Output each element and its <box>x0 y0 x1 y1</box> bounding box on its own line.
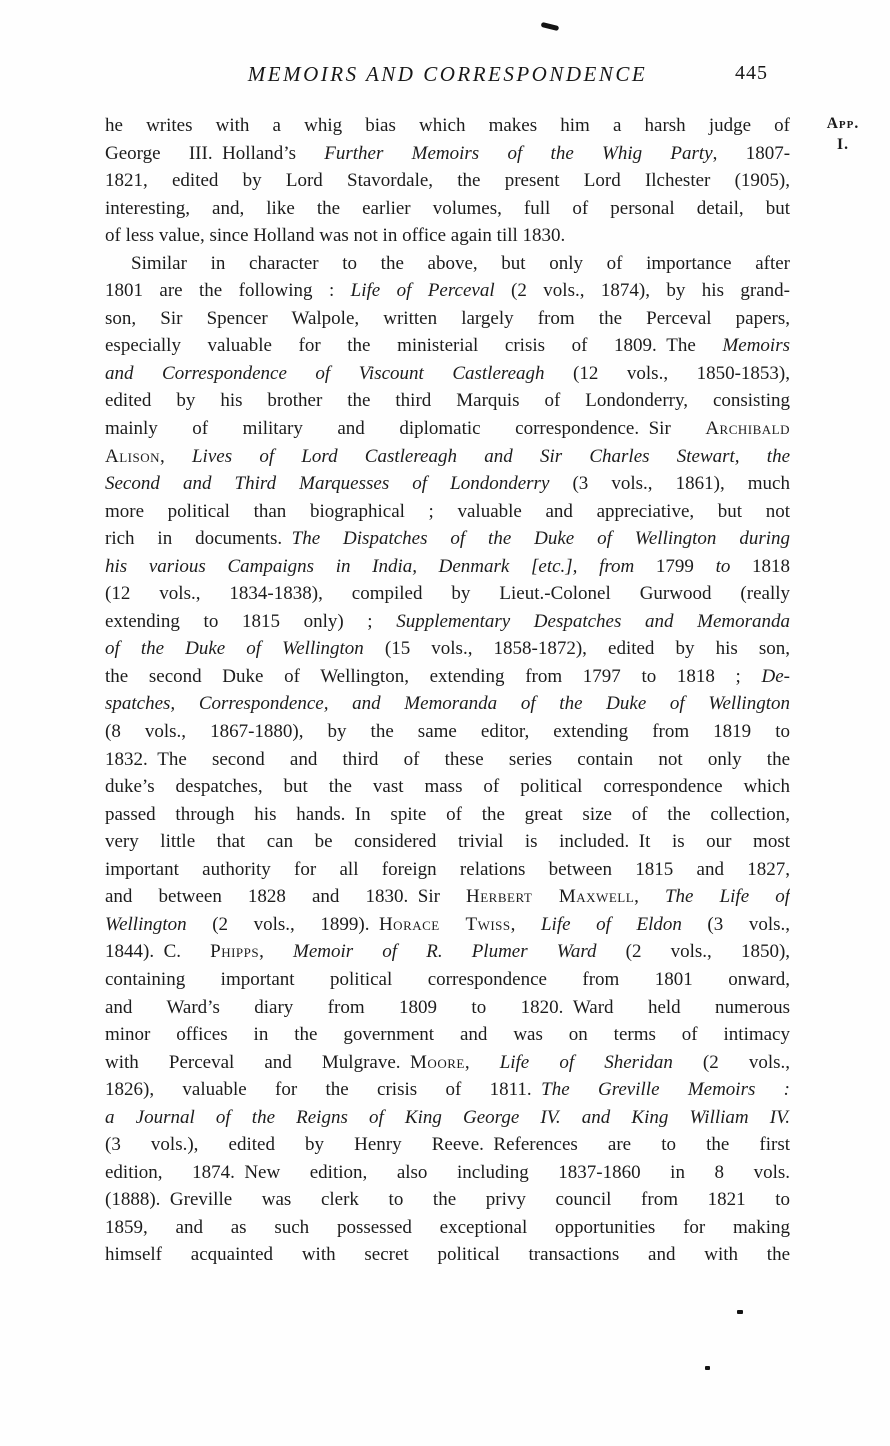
text-line: with Perceval and Mulgrave. Moore, Life … <box>105 1049 790 1077</box>
text-line: minor offices in the government and was … <box>105 1021 790 1049</box>
text-line: (1888). Greville was clerk to the privy … <box>105 1186 790 1214</box>
text-line: and Correspondence of Viscount Castlerea… <box>105 360 790 388</box>
margin-note-appendix-number: I. <box>812 134 874 155</box>
text-line: of less value, since Holland was not in … <box>105 222 790 250</box>
margin-note: App. I. <box>812 113 874 155</box>
text-line: 1832. The second and third of these seri… <box>105 746 790 774</box>
ink-smudge-mark <box>541 22 560 31</box>
text-line: spatches, Correspondence, and Memoranda … <box>105 690 790 718</box>
text-line: containing important political correspon… <box>105 966 790 994</box>
text-line: his various Campaigns in India, Denmark … <box>105 553 790 581</box>
text-line: Similar in character to the above, but o… <box>105 250 790 278</box>
page-title: MEMOIRS AND CORRESPONDENCE <box>105 62 790 87</box>
text-line: duke’s despatches, but the vast mass of … <box>105 773 790 801</box>
text-line: rich in documents. The Dispatches of the… <box>105 525 790 553</box>
text-line: edited by his brother the third Marquis … <box>105 387 790 415</box>
text-line: himself acquainted with secret political… <box>105 1241 790 1269</box>
text-line: the second Duke of Wellington, extending… <box>105 663 790 691</box>
text-line: (12 vols., 1834-1838), compiled by Lieut… <box>105 580 790 608</box>
text-line: passed through his hands. In spite of th… <box>105 801 790 829</box>
text-line: mainly of military and diplomatic corres… <box>105 415 790 443</box>
text-line: 1826), valuable for the crisis of 1811. … <box>105 1076 790 1104</box>
text-line: Alison, Lives of Lord Castlereagh and Si… <box>105 443 790 471</box>
text-line: 1859, and as such possessed exceptional … <box>105 1214 790 1242</box>
text-line: edition, 1874. New edition, also includi… <box>105 1159 790 1187</box>
text-line: of the Duke of Wellington (15 vols., 185… <box>105 635 790 663</box>
text-line: George III. Holland’s Further Memoirs of… <box>105 140 790 168</box>
text-line: Wellington (2 vols., 1899). Horace Twiss… <box>105 911 790 939</box>
text-line: more political than biographical ; valua… <box>105 498 790 526</box>
text-line: important authority for all foreign rela… <box>105 856 790 884</box>
page-number: 445 <box>735 62 768 85</box>
text-line: interesting, and, like the earlier volum… <box>105 195 790 223</box>
text-line: he writes with a whig bias which makes h… <box>105 112 790 140</box>
text-line: and between 1828 and 1830. Sir Herbert M… <box>105 883 790 911</box>
body-text: he writes with a whig bias which makes h… <box>105 112 790 1269</box>
ink-speck <box>705 1366 710 1370</box>
text-line: 1801 are the following : Life of Perceva… <box>105 277 790 305</box>
text-line: (3 vols.), edited by Henry Reeve. Refere… <box>105 1131 790 1159</box>
text-line: especially valuable for the ministerial … <box>105 332 790 360</box>
running-header: MEMOIRS AND CORRESPONDENCE 445 <box>105 62 790 92</box>
text-line: very little that can be considered trivi… <box>105 828 790 856</box>
text-line: a Journal of the Reigns of King George I… <box>105 1104 790 1132</box>
text-line: son, Sir Spencer Walpole, written largel… <box>105 305 790 333</box>
text-line: extending to 1815 only) ; Supplementary … <box>105 608 790 636</box>
book-page: MEMOIRS AND CORRESPONDENCE 445 App. I. h… <box>0 0 890 1446</box>
text-line: (8 vols., 1867-1880), by the same editor… <box>105 718 790 746</box>
margin-note-appendix-label: App. <box>812 113 874 134</box>
text-line: 1844). C. Phipps, Memoir of R. Plumer Wa… <box>105 938 790 966</box>
ink-speck <box>737 1310 743 1314</box>
text-line: 1821, edited by Lord Stavordale, the pre… <box>105 167 790 195</box>
text-line: and Ward’s diary from 1809 to 1820. Ward… <box>105 994 790 1022</box>
text-line: Second and Third Marquesses of Londonder… <box>105 470 790 498</box>
